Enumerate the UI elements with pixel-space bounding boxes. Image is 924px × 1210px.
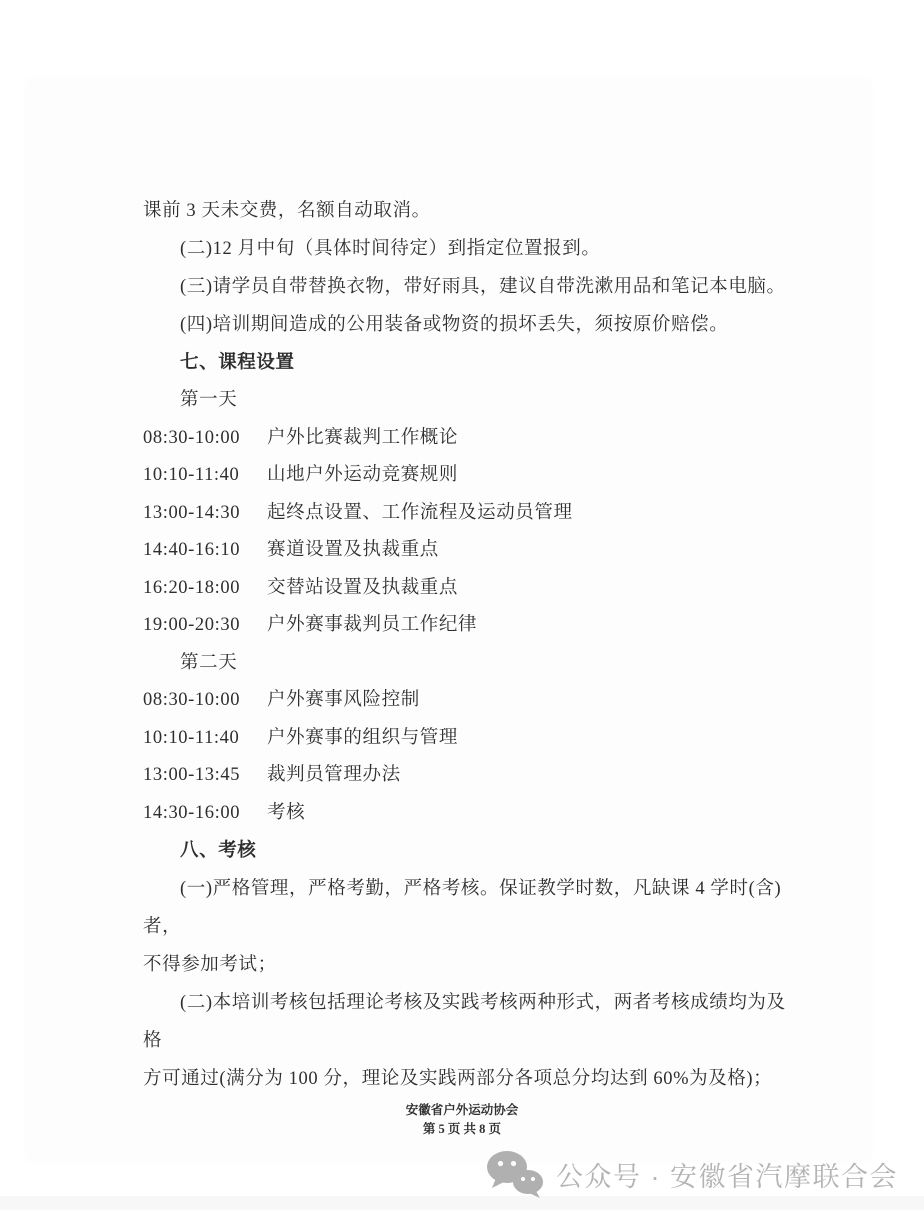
schedule-row: 14:30-16:00考核: [143, 795, 793, 833]
session-time: 10:10-11:40: [143, 720, 267, 758]
session-topic: 户外赛事裁判员工作纪律: [267, 615, 477, 635]
schedule-row: 16:20-18:00交替站设置及执裁重点: [143, 570, 793, 608]
paragraph-line: (三)请学员自带替换衣物，带好雨具，建议自带洗漱用品和笔记本电脑。: [143, 268, 793, 306]
footer-organization: 安徽省户外运动协会: [0, 1101, 924, 1120]
schedule-row: 19:00-20:30户外赛事裁判员工作纪律: [143, 607, 793, 645]
section-heading-courses: 七、课程设置: [143, 344, 793, 382]
session-time: 10:10-11:40: [143, 457, 267, 495]
session-time: 19:00-20:30: [143, 607, 267, 645]
paragraph-line: 不得参加考试；: [143, 946, 793, 984]
page-footer: 安徽省户外运动协会 第 5 页 共 8 页: [0, 1101, 924, 1139]
day-2-block: 第二天 08:30-10:00户外赛事风险控制 10:10-11:40户外赛事的…: [143, 645, 793, 833]
session-topic: 户外比赛裁判工作概论: [267, 428, 458, 448]
session-topic: 起终点设置、工作流程及运动员管理: [267, 503, 573, 523]
schedule-row: 10:10-11:40户外赛事的组织与管理: [143, 720, 793, 758]
section-heading-assessment: 八、考核: [143, 832, 793, 870]
assessment-paragraph-1: (一)严格管理，严格考勤，严格考核。保证教学时数，凡缺课 4 学时(含)者， 不…: [143, 870, 793, 984]
schedule-row: 08:30-10:00户外比赛裁判工作概论: [143, 420, 793, 458]
schedule-row: 08:30-10:00户外赛事风险控制: [143, 682, 793, 720]
day-1-label: 第一天: [143, 382, 793, 420]
session-topic: 户外赛事风险控制: [267, 690, 420, 710]
session-time: 16:20-18:00: [143, 570, 267, 608]
screenshot-stage: 课前 3 天未交费，名额自动取消。 (二)12 月中旬（具体时间待定）到指定位置…: [0, 0, 924, 1210]
session-topic: 赛道设置及执裁重点: [267, 540, 439, 560]
paragraph-line: 课前 3 天未交费，名额自动取消。: [143, 192, 793, 230]
session-topic: 户外赛事的组织与管理: [267, 728, 458, 748]
schedule-row: 13:00-14:30起终点设置、工作流程及运动员管理: [143, 495, 793, 533]
schedule-row: 10:10-11:40山地户外运动竞赛规则: [143, 457, 793, 495]
footer-pagination: 第 5 页 共 8 页: [0, 1120, 924, 1139]
schedule-row: 13:00-13:45裁判员管理办法: [143, 757, 793, 795]
watermark-text: 公众号 · 安徽省汽摩联合会: [556, 1155, 898, 1194]
session-topic: 山地户外运动竞赛规则: [267, 465, 458, 485]
session-time: 14:30-16:00: [143, 795, 267, 833]
session-time: 08:30-10:00: [143, 682, 267, 720]
session-topic: 交替站设置及执裁重点: [267, 578, 458, 598]
intro-paragraphs: 课前 3 天未交费，名额自动取消。 (二)12 月中旬（具体时间待定）到指定位置…: [143, 192, 793, 344]
day-1-schedule: 08:30-10:00户外比赛裁判工作概论 10:10-11:40山地户外运动竞…: [143, 420, 793, 645]
session-time: 08:30-10:00: [143, 420, 267, 458]
session-topic: 裁判员管理办法: [267, 765, 401, 785]
paragraph-line: (二)12 月中旬（具体时间待定）到指定位置报到。: [143, 230, 793, 268]
paragraph-line: (二)本培训考核包括理论考核及实践考核两种形式，两者考核成绩均为及格: [143, 984, 793, 1060]
session-topic: 考核: [267, 803, 305, 823]
day-2-label: 第二天: [143, 645, 793, 683]
day-2-schedule: 08:30-10:00户外赛事风险控制 10:10-11:40户外赛事的组织与管…: [143, 682, 793, 832]
scan-bottom-shading: [0, 1196, 924, 1210]
wechat-watermark: 公众号 · 安徽省汽摩联合会: [486, 1150, 898, 1198]
paragraph-line: (一)严格管理，严格考勤，严格考核。保证教学时数，凡缺课 4 学时(含)者，: [143, 870, 793, 946]
schedule-row: 14:40-16:10赛道设置及执裁重点: [143, 532, 793, 570]
wechat-icon: [486, 1150, 544, 1198]
paragraph-line: (四)培训期间造成的公用装备或物资的损坏丢失，须按原价赔偿。: [143, 306, 793, 344]
session-time: 13:00-13:45: [143, 757, 267, 795]
session-time: 13:00-14:30: [143, 495, 267, 533]
paragraph-line: 方可通过(满分为 100 分，理论及实践两部分各项总分均达到 60%为及格)；: [143, 1060, 793, 1098]
session-time: 14:40-16:10: [143, 532, 267, 570]
assessment-paragraph-2: (二)本培训考核包括理论考核及实践考核两种形式，两者考核成绩均为及格 方可通过(…: [143, 984, 793, 1098]
document-content: 课前 3 天未交费，名额自动取消。 (二)12 月中旬（具体时间待定）到指定位置…: [143, 192, 793, 1098]
day-1-block: 第一天 08:30-10:00户外比赛裁判工作概论 10:10-11:40山地户…: [143, 382, 793, 645]
